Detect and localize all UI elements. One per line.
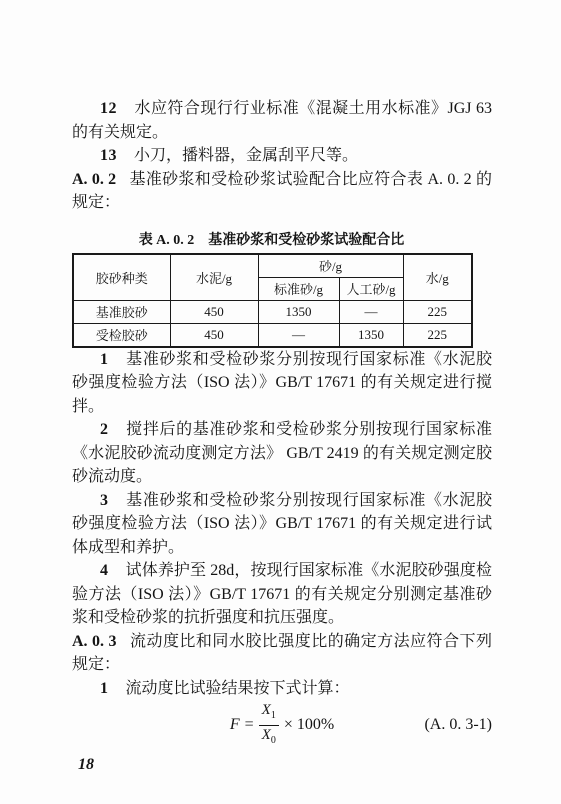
- clause-text: 小刀，播料器，金属刮平尺等。: [134, 147, 358, 164]
- formula-suffix: × 100%: [284, 716, 334, 734]
- clause-text: 水应符合现行行业标准《混凝土用水标准》JGJ 63 的有关规定。: [72, 100, 492, 141]
- step-text: 试体养护至 28d，按现行国家标准《水泥胶砂强度检验方法（ISO 法）》GB/T…: [72, 562, 492, 626]
- table-cell: 450: [170, 323, 258, 347]
- header-cell-artificial-sand: 人工砂/g: [339, 277, 403, 300]
- header-cell-water: 水/g: [403, 254, 472, 301]
- table-row: 基准胶砂 450 1350 — 225: [73, 300, 472, 323]
- step-2: 2搅拌后的基准砂浆和受检砂浆分别按现行国家标准《水泥胶砂流动度测定方法》 GB/…: [72, 418, 492, 489]
- table-cell: 225: [403, 323, 472, 347]
- section-a02: A. 0. 2基准砂浆和受检砂浆试验配合比应符合表 A. 0. 2 的规定：: [72, 168, 492, 215]
- clause-number: 12: [100, 100, 117, 117]
- formula-lhs: F: [230, 716, 240, 734]
- step-text: 基准砂浆和受检砂浆分别按现行国家标准《水泥胶砂强度检验方法（ISO 法）》GB/…: [72, 351, 492, 415]
- table-cell: 225: [403, 300, 472, 323]
- step-text: 基准砂浆和受检砂浆分别按现行国家标准《水泥胶砂强度检验方法（ISO 法）》GB/…: [72, 492, 492, 556]
- fraction-numerator: X1: [259, 701, 279, 726]
- table-cell: 基准胶砂: [73, 300, 170, 323]
- clause-number: 13: [100, 147, 117, 164]
- mix-proportion-table: 胶砂种类 水泥/g 砂/g 水/g 标准砂/g 人工砂/g 基准胶砂 450 1…: [72, 253, 473, 348]
- mix-proportion-table-block: 表 A. 0. 2 基准砂浆和受检砂浆试验配合比 胶砂种类 水泥/g 砂/g 水…: [72, 230, 471, 348]
- page-content: 12水应符合现行行业标准《混凝土用水标准》JGJ 63 的有关规定。 13小刀，…: [72, 97, 492, 777]
- flow-ratio-formula: F = X1 X0 × 100%: [230, 701, 334, 750]
- clause-13: 13小刀，播料器，金属刮平尺等。: [72, 144, 492, 168]
- header-cell-standard-sand: 标准砂/g: [258, 277, 339, 300]
- table-cell: —: [339, 300, 403, 323]
- step-number: 2: [100, 421, 109, 438]
- step-4: 4试体养护至 28d，按现行国家标准《水泥胶砂强度检验方法（ISO 法）》GB/…: [72, 559, 492, 630]
- header-cell-cement: 水泥/g: [170, 254, 258, 301]
- clause-12: 12水应符合现行行业标准《混凝土用水标准》JGJ 63 的有关规定。: [72, 97, 492, 144]
- table-cell: 450: [170, 300, 258, 323]
- table-row: 受检胶砂 450 — 1350 225: [73, 323, 472, 347]
- header-cell-type: 胶砂种类: [73, 254, 170, 301]
- step-3: 3基准砂浆和受检砂浆分别按现行国家标准《水泥胶砂强度检验方法（ISO 法）》GB…: [72, 489, 492, 560]
- equation-number: (A. 0. 3-1): [424, 716, 492, 734]
- section-a03: A. 0. 3流动度比和同水胶比强度比的确定方法应符合下列规定：: [72, 630, 492, 677]
- table-cell: —: [258, 323, 339, 347]
- step-text: 流动度比试验结果按下式计算：: [126, 680, 350, 697]
- table-title: 表 A. 0. 2 基准砂浆和受检砂浆试验配合比: [72, 230, 471, 252]
- equals-sign: =: [245, 716, 254, 734]
- step-number: 1: [100, 351, 109, 368]
- section-text: 基准砂浆和受检砂浆试验配合比应符合表 A. 0. 2 的规定：: [72, 171, 492, 212]
- section-text: 流动度比和同水胶比强度比的确定方法应符合下列规定：: [72, 633, 492, 674]
- table-cell: 1350: [339, 323, 403, 347]
- document-page: 12水应符合现行行业标准《混凝土用水标准》JGJ 63 的有关规定。 13小刀，…: [0, 0, 561, 804]
- header-cell-sand-group: 砂/g: [258, 254, 403, 278]
- step-a03-1: 1流动度比试验结果按下式计算：: [72, 677, 492, 701]
- step-text: 搅拌后的基准砂浆和受检砂浆分别按现行国家标准《水泥胶砂流动度测定方法》 GB/T…: [72, 421, 492, 485]
- table-cell: 受检胶砂: [73, 323, 170, 347]
- formula-a03-1: F = X1 X0 × 100% (A. 0. 3-1): [72, 702, 492, 748]
- step-number: 3: [100, 492, 109, 509]
- fraction-denominator: X0: [259, 726, 279, 750]
- step-1: 1基准砂浆和受检砂浆分别按现行国家标准《水泥胶砂强度检验方法（ISO 法）》GB…: [72, 348, 492, 419]
- section-label: A. 0. 2: [72, 171, 116, 188]
- section-label: A. 0. 3: [72, 633, 117, 650]
- step-number: 4: [100, 562, 109, 579]
- fraction: X1 X0: [259, 701, 279, 750]
- step-number: 1: [100, 680, 109, 697]
- page-number: 18: [78, 753, 492, 777]
- table-header-row: 胶砂种类 水泥/g 砂/g 水/g: [73, 254, 472, 278]
- table-cell: 1350: [258, 300, 339, 323]
